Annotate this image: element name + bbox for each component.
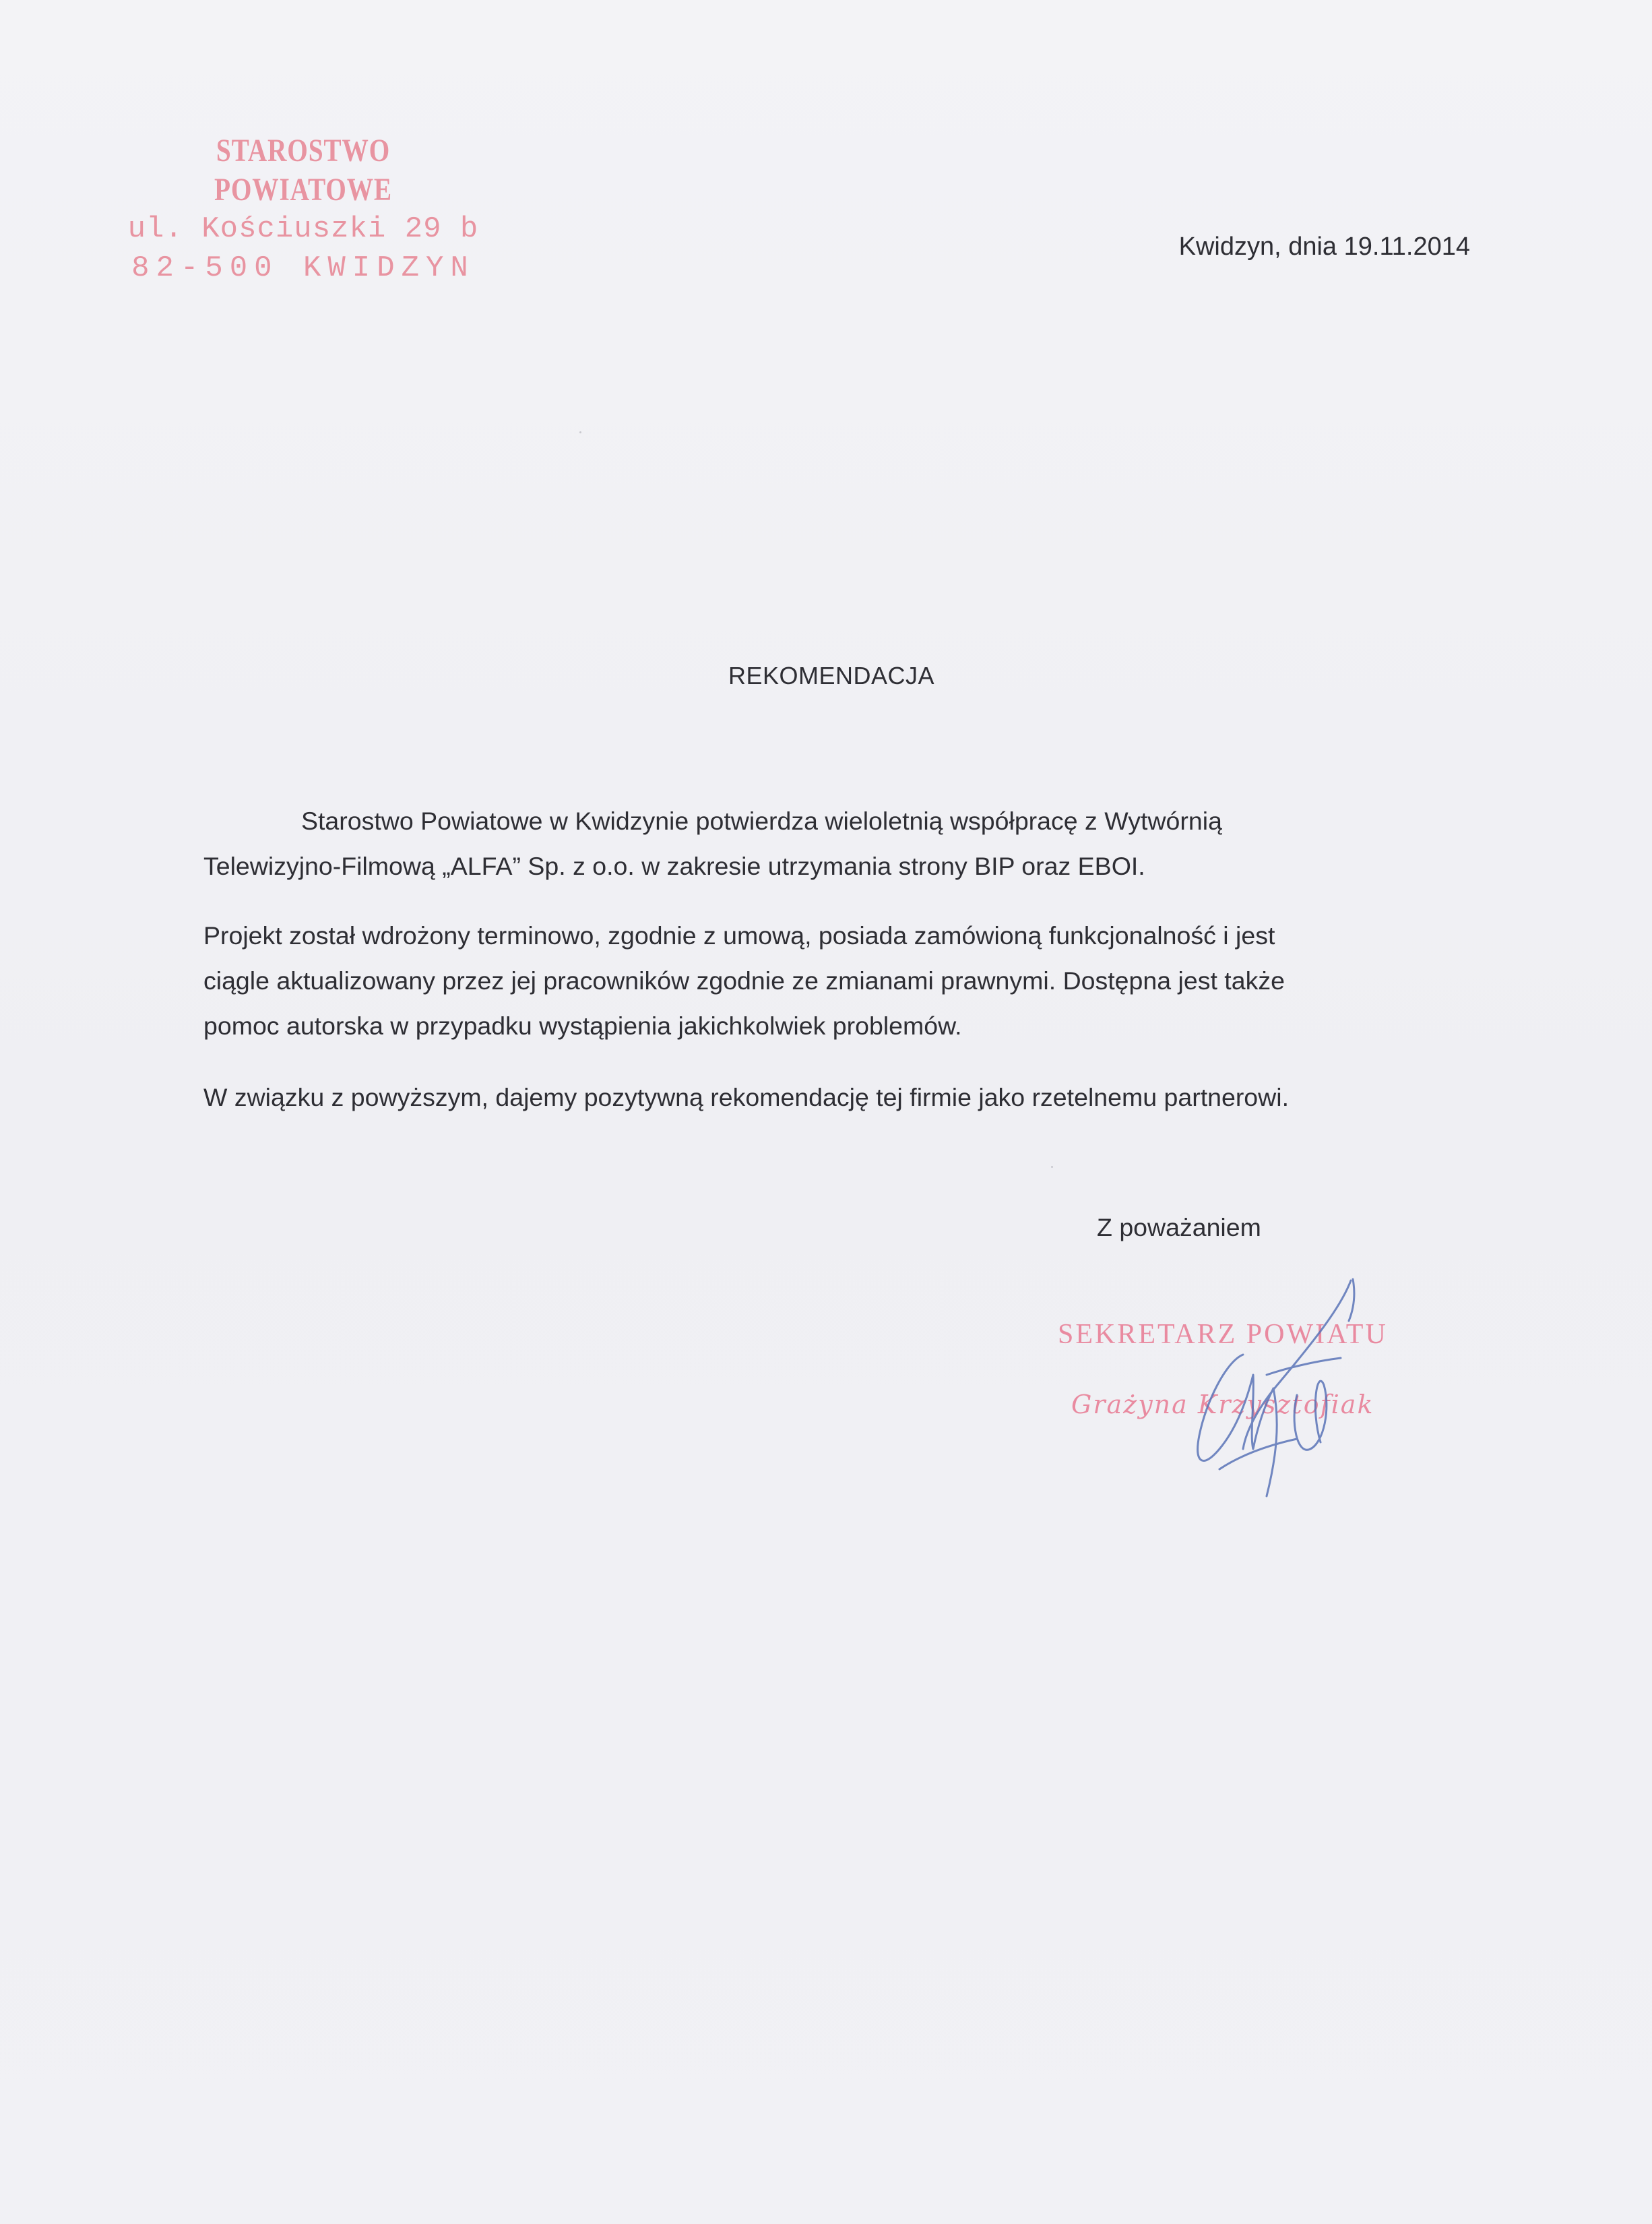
paragraph-2: Projekt został wdrożony terminowo, zgodn… <box>203 913 1430 1049</box>
paragraph-line: pomoc autorska w przypadku wystąpienia j… <box>203 1003 1430 1049</box>
stamp-street-address: ul. Kościuszki 29 b <box>101 210 505 249</box>
document-page: STAROSTWO POWIATOWE ul. Kościuszki 29 b … <box>0 0 1652 2224</box>
paragraph-line: ciągle aktualizowany przez jej pracownik… <box>203 958 1430 1003</box>
paragraph-line: Telewizyjno-Filmową „ALFA” Sp. z o.o. w … <box>203 844 1430 889</box>
paragraph-3: W związku z powyższym, dajemy pozytywną … <box>203 1075 1430 1120</box>
closing-salutation: Z poważaniem <box>1097 1213 1261 1242</box>
scan-speck <box>579 431 581 433</box>
place-and-date: Kwidzyn, dnia 19.11.2014 <box>1179 233 1470 261</box>
stamp-postal-city: 82-500 KWIDZYN <box>101 249 505 288</box>
paragraph-line: Starostwo Powiatowe w Kwidzynie potwierd… <box>203 799 1430 844</box>
office-stamp: STAROSTWO POWIATOWE ul. Kościuszki 29 b … <box>101 131 505 288</box>
paragraph-line: Projekt został wdrożony terminowo, zgodn… <box>203 913 1430 958</box>
scan-speck <box>1051 1166 1053 1168</box>
document-title: REKOMENDACJA <box>0 662 1652 690</box>
handwritten-signature-icon <box>1179 1267 1381 1503</box>
paragraph-line: W związku z powyższym, dajemy pozytywną … <box>203 1075 1430 1120</box>
stamp-office-name: STAROSTWO POWIATOWE <box>137 131 469 210</box>
paragraph-1: Starostwo Powiatowe w Kwidzynie potwierd… <box>203 799 1430 889</box>
